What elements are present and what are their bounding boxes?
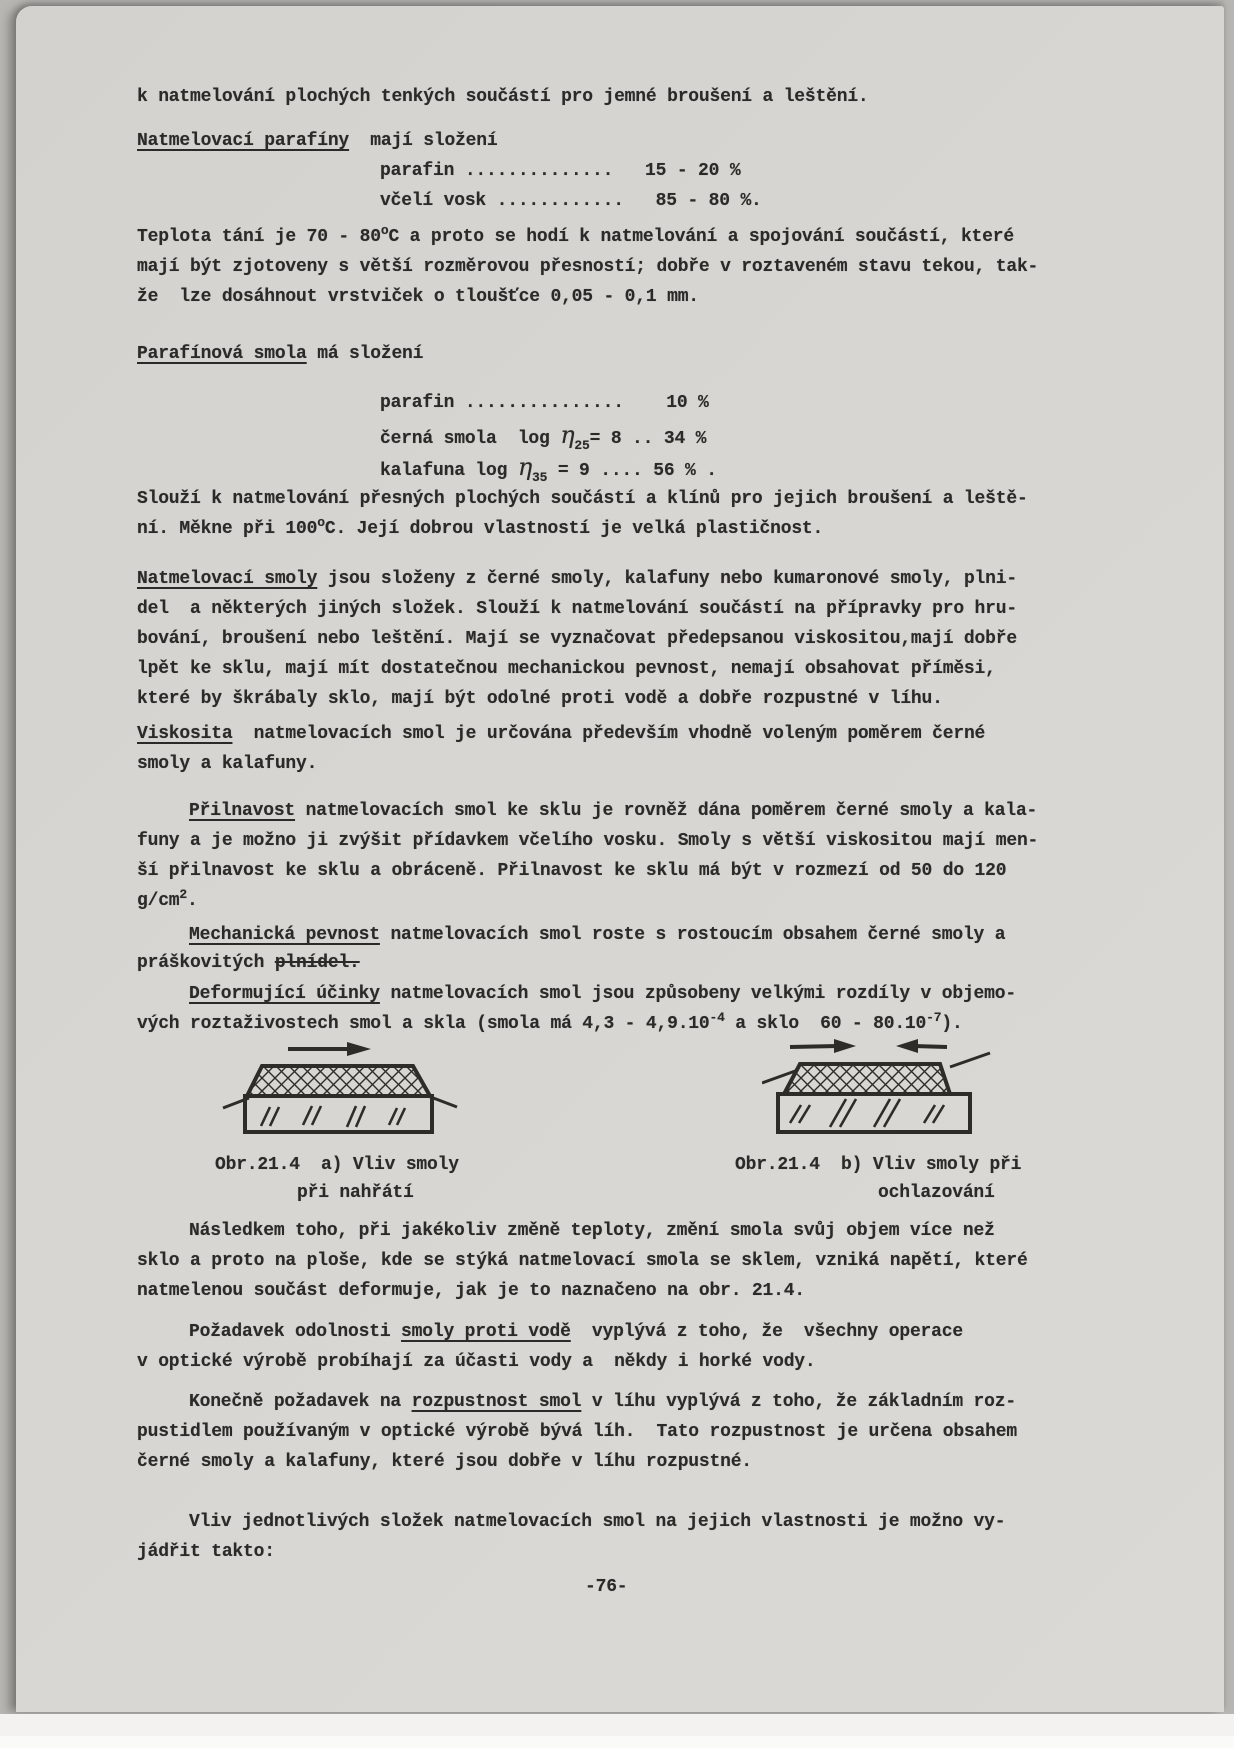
glass-block (245, 1096, 432, 1132)
text-line: Konečně požadavek na rozpustnost smol v … (137, 1387, 1077, 1417)
text-line: černé smoly a kalafuny, které jsou dobře… (137, 1447, 1077, 1477)
figure-row: Obr.21.4 a) Vliv smoly při nahřátí Obr.2… (137, 1039, 1077, 1214)
text-line: sklo a proto na ploše, kde se stýká natm… (137, 1246, 1077, 1276)
text-line: pustidlem používaným v optické výrobě bý… (137, 1417, 1077, 1447)
term-underlined: smoly proti vodě (401, 1322, 571, 1342)
text-segment: kalafuna log (380, 461, 518, 481)
term-underlined: rozpustnost smol (412, 1392, 582, 1412)
text-segment: natmelovacích smol roste s rostoucím obs… (380, 925, 1006, 945)
figure-b-caption: Obr.21.4 b) Vliv smoly při (735, 1151, 1021, 1179)
text-segment: černá smola log (380, 429, 560, 449)
paragraph-vliv: Vliv jednotlivých složek natmelovacích s… (137, 1507, 1077, 1567)
text-line: lpět ke sklu, mají mít dostatečnou mecha… (137, 654, 1077, 684)
text-line: smoly a kalafuny. (137, 749, 1077, 779)
text-segment: C. Její dobrou vlastností je velká plast… (325, 519, 823, 539)
arrow-right-icon (790, 1039, 856, 1053)
paragraph-viskosita: Viskosita natmelovacích smol je určována… (137, 719, 1077, 779)
text-segment: vých roztaživostech smol a skla (smola m… (137, 1014, 710, 1034)
text-segment: g/cm (137, 891, 179, 911)
pitch-layer-hatched (247, 1066, 430, 1096)
text-line: Požadavek odolnosti smoly proti vodě vyp… (137, 1317, 1077, 1347)
subscript: 25 (574, 430, 589, 462)
term-underlined: Parafínová smola (137, 344, 307, 364)
term-underlined: Natmelovací smoly (137, 569, 317, 589)
composition-item: černá smola log η25= 8 .. 34 % (137, 419, 1077, 451)
term-struck: plnídel. (275, 953, 360, 973)
heading-parafinova-smola: Parafínová smola má složení (137, 339, 1077, 369)
text-segment: C a proto se hodí k natmelování a spojov… (388, 227, 1014, 247)
text-line: mají být zjotoveny s větší rozměrovou př… (137, 252, 1077, 282)
eta-symbol: η (518, 453, 532, 481)
document-page: k natmelování plochých tenkých součástí … (16, 6, 1224, 1712)
arrow-right-icon (288, 1042, 371, 1056)
edge-tick-right (950, 1053, 990, 1067)
glass-shine-marks (261, 1106, 405, 1127)
paragraph-nasledkem: Následkem toho, při jakékoliv změně tepl… (137, 1216, 1077, 1306)
text-line: Viskosita natmelovacích smol je určována… (137, 719, 1077, 749)
text-line: del a některých jiných složek. Slouží k … (137, 594, 1077, 624)
eta-symbol: η (560, 421, 574, 449)
term-underlined: Deformující účinky (189, 984, 380, 1004)
composition-item: parafin .............. 15 - 20 % (137, 156, 1077, 186)
heading-rest: mají složení (349, 131, 497, 151)
scanned-document: k natmelování plochých tenkých součástí … (0, 0, 1234, 1748)
text-line: vých roztaživostech smol a skla (smola m… (137, 1009, 1077, 1039)
figure-a-caption: při nahřátí (297, 1179, 414, 1207)
superscript: 2 (179, 880, 187, 910)
arrow-left-icon (896, 1039, 947, 1053)
paragraph-teplota: Teplota tání je 70 - 80oC a proto se hod… (137, 222, 1077, 312)
text-line: ní. Měkne při 100oC. Její dobrou vlastno… (137, 514, 1077, 544)
text-segment: = 8 .. 34 % (590, 429, 707, 449)
text-line: Natmelovací smoly jsou složeny z černé s… (137, 564, 1077, 594)
text-line: ší přilnavost ke sklu a obráceně. Přilna… (137, 856, 1077, 886)
text-line: jádřit takto: (137, 1537, 1077, 1567)
superscript: o (317, 508, 325, 538)
composition-item: včelí vosk ............ 85 - 80 %. (137, 186, 1077, 216)
text-line: že lze dosáhnout vrstviček o tloušťce 0,… (137, 282, 1077, 312)
pitch-layer-hatched (784, 1064, 950, 1094)
scan-background-strip (0, 1736, 1234, 1748)
figure-b-diagram (762, 1039, 1012, 1149)
text-line: funy a je možno ji zvýšit přídavkem včel… (137, 826, 1077, 856)
superscript: -4 (710, 1003, 725, 1033)
text-line: Vliv jednotlivých složek natmelovacích s… (137, 1507, 1077, 1537)
intro-line: k natmelování plochých tenkých součástí … (137, 82, 1077, 112)
text-segment: = 9 .... 56 % . (547, 461, 717, 481)
text-line: které by škrábaly sklo, mají být odolné … (137, 684, 1077, 714)
text-segment: Požadavek odolnosti (189, 1322, 401, 1342)
paragraph-slouzi: Slouží k natmelování přesných plochých s… (137, 484, 1077, 544)
text-line: g/cm2. (137, 886, 1077, 916)
text-segment: natmelovacích smol jsou způsobeny velkým… (380, 984, 1016, 1004)
figure-a-caption: Obr.21.4 a) Vliv smoly (215, 1151, 459, 1179)
superscript: o (381, 216, 389, 246)
text-segment: ní. Měkne při 100 (137, 519, 317, 539)
text-segment: Teplota tání je 70 - 80 (137, 227, 381, 247)
text-line: v optické výrobě probíhají za účasti vod… (137, 1347, 1077, 1377)
composition-item: parafin ............... 10 % (137, 387, 1077, 419)
glass-shine-marks (790, 1099, 944, 1127)
text-line: Následkem toho, při jakékoliv změně tepl… (137, 1216, 1077, 1246)
text-line: Přilnavost natmelovacích smol ke sklu je… (137, 796, 1077, 826)
heading-natmelovaci-parafiny: Natmelovací parafíny mají složení (137, 126, 1077, 156)
paragraph-deformujici-ucinky: Deformující účinky natmelovacích smol js… (137, 979, 1077, 1039)
page-content: k natmelování plochých tenkých součástí … (137, 6, 1077, 1602)
text-segment: jsou složeny z černé smoly, kalafuny neb… (317, 569, 1017, 589)
paragraph-natmelovaci-smoly: Natmelovací smoly jsou složeny z černé s… (137, 564, 1077, 714)
text-line: natmelenou součást deformuje, jak je to … (137, 1276, 1077, 1306)
paragraph-pozadavek: Požadavek odolnosti smoly proti vodě vyp… (137, 1317, 1077, 1377)
composition-item: kalafuna log η35 = 9 .... 56 % . (137, 451, 1077, 483)
figure-b-caption: ochlazování (878, 1179, 995, 1207)
text-line: Mechanická pevnost natmelovacích smol ro… (137, 921, 1077, 949)
heading-rest: má složení (307, 344, 424, 364)
text-segment: vyplývá z toho, že všechny operace (571, 1322, 963, 1342)
text-segment: natmelovacích smol ke sklu je rovněž dán… (295, 801, 1037, 821)
text-segment: práškovitých (137, 953, 275, 973)
text-line: bování, broušení nebo leštění. Mají se v… (137, 624, 1077, 654)
text-line: Teplota tání je 70 - 80oC a proto se hod… (137, 222, 1077, 252)
text-line: práškovitých plnídel. (137, 949, 1077, 977)
composition-list: parafin ............... 10 % černá smola… (137, 387, 1077, 483)
text-segment: . (187, 891, 198, 911)
superscript: -7 (926, 1003, 941, 1033)
text-segment: a sklo 60 - 80.10 (725, 1014, 926, 1034)
term-underlined: Mechanická pevnost (189, 925, 380, 945)
paragraph-konecne: Konečně požadavek na rozpustnost smol v … (137, 1387, 1077, 1477)
text-segment: ). (941, 1014, 962, 1034)
term-underlined: Viskosita (137, 724, 232, 744)
term-underlined: Natmelovací parafíny (137, 131, 349, 151)
text-line: Slouží k natmelování přesných plochých s… (137, 484, 1077, 514)
term-underlined: Přilnavost (189, 801, 295, 821)
page-number: -76- (137, 1572, 1077, 1602)
text-segment: v líhu vyplývá z toho, že základním roz- (581, 1392, 1016, 1412)
subscript: 35 (532, 462, 547, 494)
text-segment: Konečně požadavek na (189, 1392, 412, 1412)
paragraph-mechanicka-pevnost: Mechanická pevnost natmelovacích smol ro… (137, 921, 1077, 977)
figure-a-diagram (197, 1039, 477, 1149)
paragraph-prilnavost: Přilnavost natmelovacích smol ke sklu je… (137, 796, 1077, 916)
text-segment: natmelovacích smol je určována především… (232, 724, 985, 744)
